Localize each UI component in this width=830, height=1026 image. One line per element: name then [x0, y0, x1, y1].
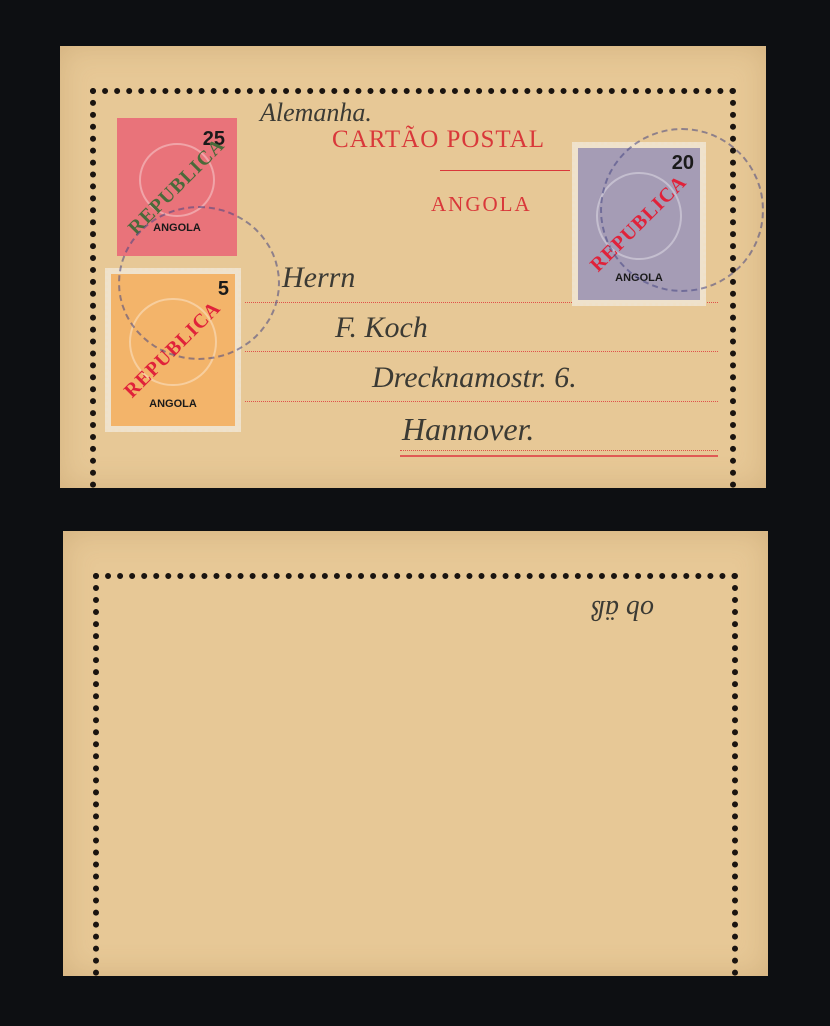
postal-card-back: ob äß	[63, 531, 768, 976]
back-handwritten-note: ob äß	[591, 593, 654, 625]
address-street: Drecknamostr. 6.	[372, 361, 577, 395]
address-line	[245, 401, 718, 402]
perforation-top	[90, 88, 736, 94]
destination-note: Alemanha.	[260, 98, 372, 128]
address-name: F. Koch	[335, 311, 428, 345]
title-divider	[440, 170, 570, 171]
address-city: Hannover.	[402, 411, 534, 448]
address-line	[245, 351, 718, 352]
postmark-left	[118, 206, 280, 360]
perforation-right	[732, 573, 738, 976]
territory-label: ANGOLA	[431, 192, 532, 217]
stamp-country: ANGOLA	[105, 398, 241, 410]
postal-card-front: Alemanha. CARTÃO POSTAL ANGOLA Herrn F. …	[60, 46, 766, 488]
perforation-left	[93, 573, 99, 976]
perforation-left	[90, 88, 96, 488]
postmark-right	[600, 128, 764, 292]
address-line	[400, 450, 718, 451]
address-salutation: Herrn	[282, 261, 355, 295]
card-title: CARTÃO POSTAL	[332, 126, 545, 154]
perforation-top	[93, 573, 738, 579]
address-underline	[400, 455, 718, 457]
